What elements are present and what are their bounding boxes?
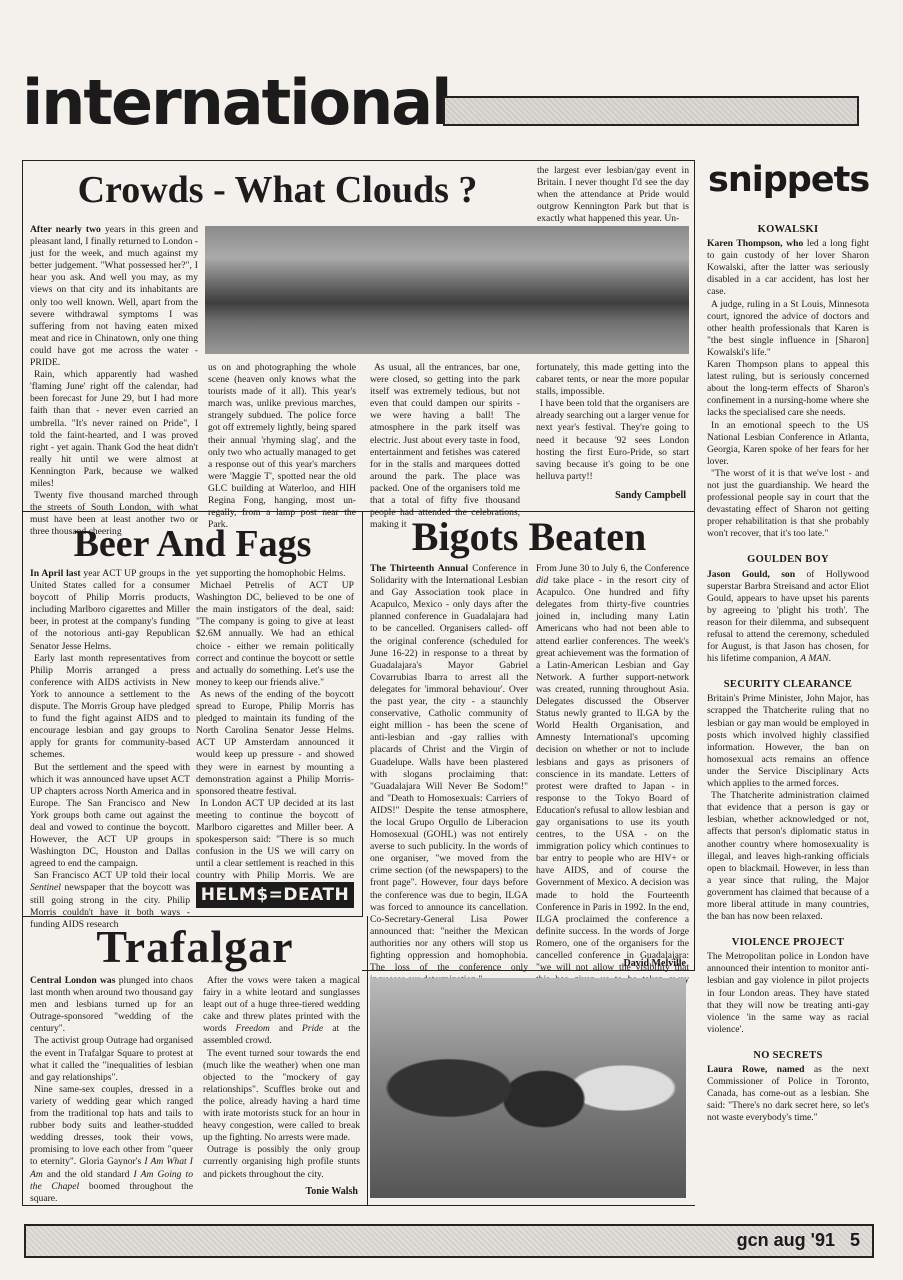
- article-headline: Crowds - What Clouds ?: [30, 166, 525, 214]
- paragraph: yet supporting the homophobic Helms.: [196, 568, 354, 580]
- lead-in: After nearly two: [30, 224, 101, 235]
- article-column: From June 30 to July 6, the Conference d…: [536, 563, 689, 998]
- paragraph: Early last month representatives from Ph…: [30, 653, 190, 762]
- paragraph: Rain, which apparently had washed 'flami…: [30, 369, 198, 490]
- paragraph: As news of the ending of the boycott spr…: [196, 689, 354, 798]
- article-column: As usual, all the entrances, bar one, we…: [370, 362, 520, 531]
- byline: David Melville: [536, 958, 686, 969]
- snippets-title: snippets: [708, 160, 868, 200]
- snippet-heading: GOULDEN BOY: [707, 554, 869, 566]
- snippet-security-clearance: SECURITY CLEARANCE Britain's Prime Minis…: [707, 679, 869, 923]
- paragraph: But the settlement and the speed with wh…: [30, 762, 190, 871]
- article-column: The Thirteenth Annual Conference in Soli…: [370, 563, 528, 986]
- emphasis: Sentinel: [30, 882, 61, 893]
- paragraph: The Thatcherite administration claimed t…: [707, 790, 869, 923]
- paragraph: Britain's Prime Minister, John Major, ha…: [707, 693, 869, 790]
- emphasis: Pride: [302, 1023, 323, 1034]
- emphasis: A MAN: [800, 653, 828, 664]
- paragraph: Conference in Solidarity with the Intern…: [370, 563, 528, 985]
- article-column: In April last year ACT UP groups in the …: [30, 568, 190, 931]
- article-column: Central London was plunged into chaos la…: [30, 975, 193, 1205]
- paragraph: year ACT UP groups in the United States …: [30, 568, 190, 652]
- lead-in: Karen Thompson, who: [707, 238, 803, 249]
- issue-label: gcn aug '91: [737, 1230, 835, 1250]
- emphasis: Freedom: [236, 1023, 270, 1034]
- paragraph: The event turned sour towards the end (m…: [203, 1048, 360, 1145]
- snippets-column: KOWALSKI Karen Thompson, who led a long …: [707, 224, 869, 1138]
- article-headline: Bigots Beaten: [368, 512, 690, 562]
- paragraph: Nine same-sex couples, dressed in a vari…: [30, 1084, 193, 1168]
- paragraph: take place - in the resort city of Acapu…: [536, 575, 689, 997]
- snippet-heading: SECURITY CLEARANCE: [707, 679, 869, 691]
- paragraph: of Hollywood superstar Barbra Streisand …: [707, 569, 869, 665]
- paragraph: In an emotional speech to the US Nationa…: [707, 420, 869, 468]
- page-number: 5: [850, 1230, 860, 1250]
- paragraph: and: [270, 1023, 302, 1034]
- section-masthead: international: [22, 68, 450, 138]
- paragraph: Michael Petrelis of ACT UP Washington DC…: [196, 580, 354, 689]
- snippet-kowalski: KOWALSKI Karen Thompson, who led a long …: [707, 224, 869, 540]
- lead-in: The Thirteenth Annual: [370, 563, 468, 574]
- footer-bar: gcn aug '91 5: [24, 1224, 874, 1258]
- paragraph: fortunately, this made getting into the …: [536, 362, 689, 398]
- pride-march-photo: [205, 226, 689, 354]
- article-text: the largest ever lesbian/gay event in Br…: [537, 165, 689, 225]
- article-headline: Beer And Fags: [30, 520, 355, 568]
- paragraph: years in this green and pleasant land, I…: [30, 224, 198, 368]
- lead-in: Laura Rowe, named: [707, 1064, 804, 1075]
- paragraph: Outrage is possibly the only group curre…: [203, 1144, 360, 1180]
- paragraph: In London ACT UP decided at its last mee…: [196, 798, 354, 895]
- wedding-couples-photo: [370, 978, 686, 1198]
- article-column: us on and photographing the whole scene …: [208, 362, 356, 531]
- paragraph: "The worst of it is that we've lost - an…: [707, 468, 869, 541]
- snippet-heading: VIOLENCE PROJECT: [707, 937, 869, 949]
- footer-folio: gcn aug '91 5: [737, 1230, 860, 1251]
- paragraph: The Metropolitan police in London have a…: [707, 951, 869, 1036]
- byline: Tonie Walsh: [203, 1186, 358, 1197]
- snippet-heading: KOWALSKI: [707, 224, 869, 236]
- paragraph: From June 30 to July 6, the Conference: [536, 563, 689, 574]
- article-column: fortunately, this made getting into the …: [536, 362, 689, 483]
- article-column: yet supporting the homophobic Helms. Mic…: [196, 568, 354, 895]
- paragraph: I have been told that the organisers are…: [536, 398, 689, 483]
- paragraph: The activist group Outrage had organised…: [30, 1035, 193, 1083]
- snippet-violence-project: VIOLENCE PROJECT The Metropolitan police…: [707, 937, 869, 1036]
- article-column: After the vows were taken a magical fair…: [203, 975, 360, 1181]
- lead-in: Central London was: [30, 975, 115, 986]
- paragraph: A judge, ruling in a St Louis, Minnesota…: [707, 299, 869, 359]
- paragraph: us on and photographing the whole scene …: [208, 362, 356, 531]
- article-column: After nearly two years in this green and…: [30, 224, 198, 538]
- punctuation: .: [829, 653, 831, 664]
- article-frame-bottom: [22, 1205, 695, 1206]
- paragraph: San Francisco ACT UP told their local: [34, 870, 190, 881]
- lead-in: Jason Gould, son: [707, 569, 795, 580]
- helms-death-badge: HELM$=DEATH: [196, 882, 354, 908]
- emphasis: did: [536, 575, 548, 586]
- snippet-heading: NO SECRETS: [707, 1050, 869, 1062]
- paragraph: and the old standard: [43, 1169, 134, 1180]
- snippet-no-secrets: NO SECRETS Laura Rowe, named as the next…: [707, 1050, 869, 1125]
- masthead-bar: [443, 96, 859, 126]
- article-headline: Trafalgar: [30, 920, 360, 974]
- snippet-goulden-boy: GOULDEN BOY Jason Gould, son of Hollywoo…: [707, 554, 869, 665]
- lead-in: In April last: [30, 568, 81, 579]
- byline: Sandy Campbell: [536, 490, 686, 501]
- paragraph: Karen Thompson plans to appeal this late…: [707, 359, 869, 419]
- paragraph: As usual, all the entrances, bar one, we…: [370, 362, 520, 531]
